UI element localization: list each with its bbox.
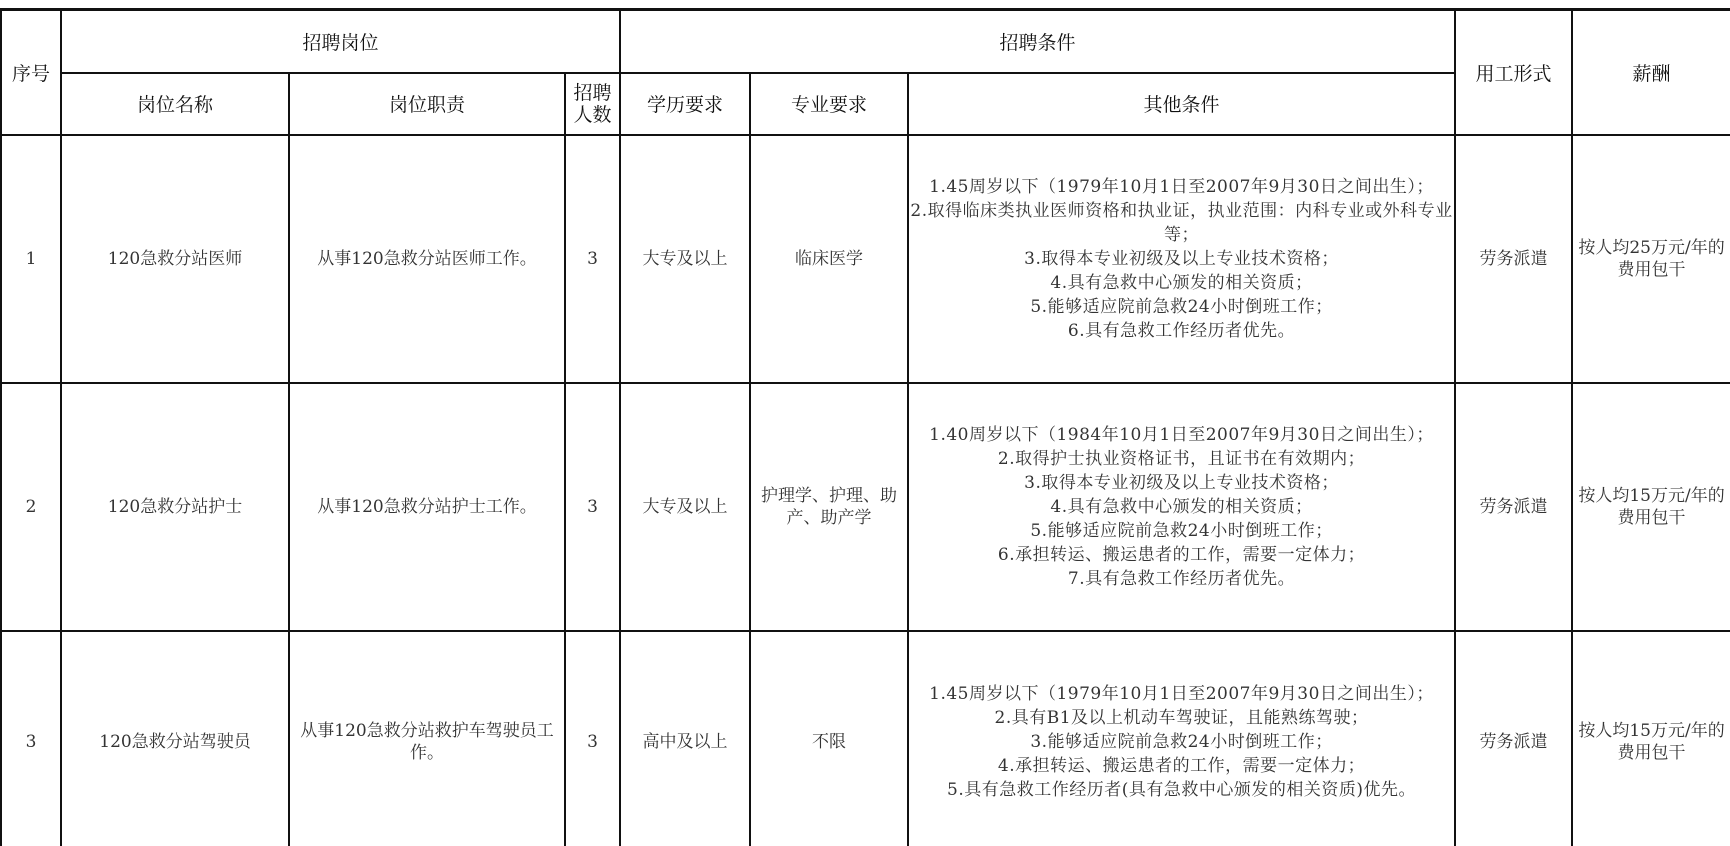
- header-post-name: 岗位名称: [61, 73, 289, 135]
- condition-item: 4.具有急救中心颁发的相关资质；: [909, 271, 1454, 295]
- header-education: 学历要求: [620, 73, 750, 135]
- cell-other-conditions: 1.45周岁以下（1979年10月1日至2007年9月30日之间出生）； 2.具…: [908, 631, 1455, 846]
- header-major: 专业要求: [750, 73, 908, 135]
- cell-salary: 按人均15万元/年的费用包干: [1572, 383, 1730, 631]
- cell-employment: 劳务派遣: [1455, 631, 1572, 846]
- condition-item: 6.承担转运、搬运患者的工作，需要一定体力；: [909, 543, 1454, 567]
- header-seq: 序号: [1, 10, 61, 135]
- cell-education: 大专及以上: [620, 383, 750, 631]
- condition-item: 5.能够适应院前急救24小时倒班工作；: [909, 295, 1454, 319]
- header-row-1: 序号 招聘岗位 招聘条件 用工形式 薪酬: [1, 10, 1730, 73]
- cell-seq: 1: [1, 135, 61, 383]
- condition-item: 2.取得临床类执业医师资格和执业证，执业范围：内科专业或外科专业等；: [909, 199, 1454, 247]
- header-employment: 用工形式: [1455, 10, 1572, 135]
- cell-major: 临床医学: [750, 135, 908, 383]
- cell-headcount: 3: [565, 631, 620, 846]
- condition-item: 4.具有急救中心颁发的相关资质；: [909, 495, 1454, 519]
- cell-headcount: 3: [565, 383, 620, 631]
- cell-major: 不限: [750, 631, 908, 846]
- table-row: 3 120急救分站驾驶员 从事120急救分站救护车驾驶员工作。 3 高中及以上 …: [1, 631, 1730, 846]
- header-post-duty: 岗位职责: [289, 73, 565, 135]
- condition-item: 7.具有急救工作经历者优先。: [909, 567, 1454, 591]
- cell-salary: 按人均15万元/年的费用包干: [1572, 631, 1730, 846]
- cell-other-conditions: 1.40周岁以下（1984年10月1日至2007年9月30日之间出生）； 2.取…: [908, 383, 1455, 631]
- cell-post-duty: 从事120急救分站救护车驾驶员工作。: [289, 631, 565, 846]
- condition-item: 3.取得本专业初级及以上专业技术资格；: [909, 471, 1454, 495]
- cell-other-conditions: 1.45周岁以下（1979年10月1日至2007年9月30日之间出生）； 2.取…: [908, 135, 1455, 383]
- table-row: 1 120急救分站医师 从事120急救分站医师工作。 3 大专及以上 临床医学 …: [1, 135, 1730, 383]
- header-cond-group: 招聘条件: [620, 10, 1455, 73]
- header-other: 其他条件: [908, 73, 1455, 135]
- cell-post-duty: 从事120急救分站医师工作。: [289, 135, 565, 383]
- cell-post-name: 120急救分站护士: [61, 383, 289, 631]
- cell-post-name: 120急救分站医师: [61, 135, 289, 383]
- condition-item: 5.能够适应院前急救24小时倒班工作；: [909, 519, 1454, 543]
- cell-employment: 劳务派遣: [1455, 135, 1572, 383]
- condition-item: 1.45周岁以下（1979年10月1日至2007年9月30日之间出生）；: [909, 175, 1454, 199]
- cell-salary: 按人均25万元/年的费用包干: [1572, 135, 1730, 383]
- cell-post-name: 120急救分站驾驶员: [61, 631, 289, 846]
- cell-major: 护理学、护理、助产、助产学: [750, 383, 908, 631]
- recruitment-table: 序号 招聘岗位 招聘条件 用工形式 薪酬 岗位名称 岗位职责 招聘人数 学历要求…: [0, 8, 1730, 846]
- cell-employment: 劳务派遣: [1455, 383, 1572, 631]
- cell-education: 大专及以上: [620, 135, 750, 383]
- condition-item: 4.承担转运、搬运患者的工作，需要一定体力；: [909, 754, 1454, 778]
- cell-education: 高中及以上: [620, 631, 750, 846]
- cell-post-duty: 从事120急救分站护士工作。: [289, 383, 565, 631]
- header-post-group: 招聘岗位: [61, 10, 620, 73]
- condition-item: 3.取得本专业初级及以上专业技术资格；: [909, 247, 1454, 271]
- condition-item: 2.具有B1及以上机动车驾驶证，且能熟练驾驶；: [909, 706, 1454, 730]
- header-headcount: 招聘人数: [565, 73, 620, 135]
- condition-item: 2.取得护士执业资格证书，且证书在有效期内；: [909, 447, 1454, 471]
- cell-seq: 3: [1, 631, 61, 846]
- header-salary: 薪酬: [1572, 10, 1730, 135]
- cell-headcount: 3: [565, 135, 620, 383]
- condition-item: 6.具有急救工作经历者优先。: [909, 319, 1454, 343]
- condition-item: 1.40周岁以下（1984年10月1日至2007年9月30日之间出生）；: [909, 423, 1454, 447]
- condition-item: 5.具有急救工作经历者(具有急救中心颁发的相关资质)优先。: [909, 778, 1454, 802]
- table-row: 2 120急救分站护士 从事120急救分站护士工作。 3 大专及以上 护理学、护…: [1, 383, 1730, 631]
- condition-item: 3.能够适应院前急救24小时倒班工作；: [909, 730, 1454, 754]
- condition-item: 1.45周岁以下（1979年10月1日至2007年9月30日之间出生）；: [909, 682, 1454, 706]
- cell-seq: 2: [1, 383, 61, 631]
